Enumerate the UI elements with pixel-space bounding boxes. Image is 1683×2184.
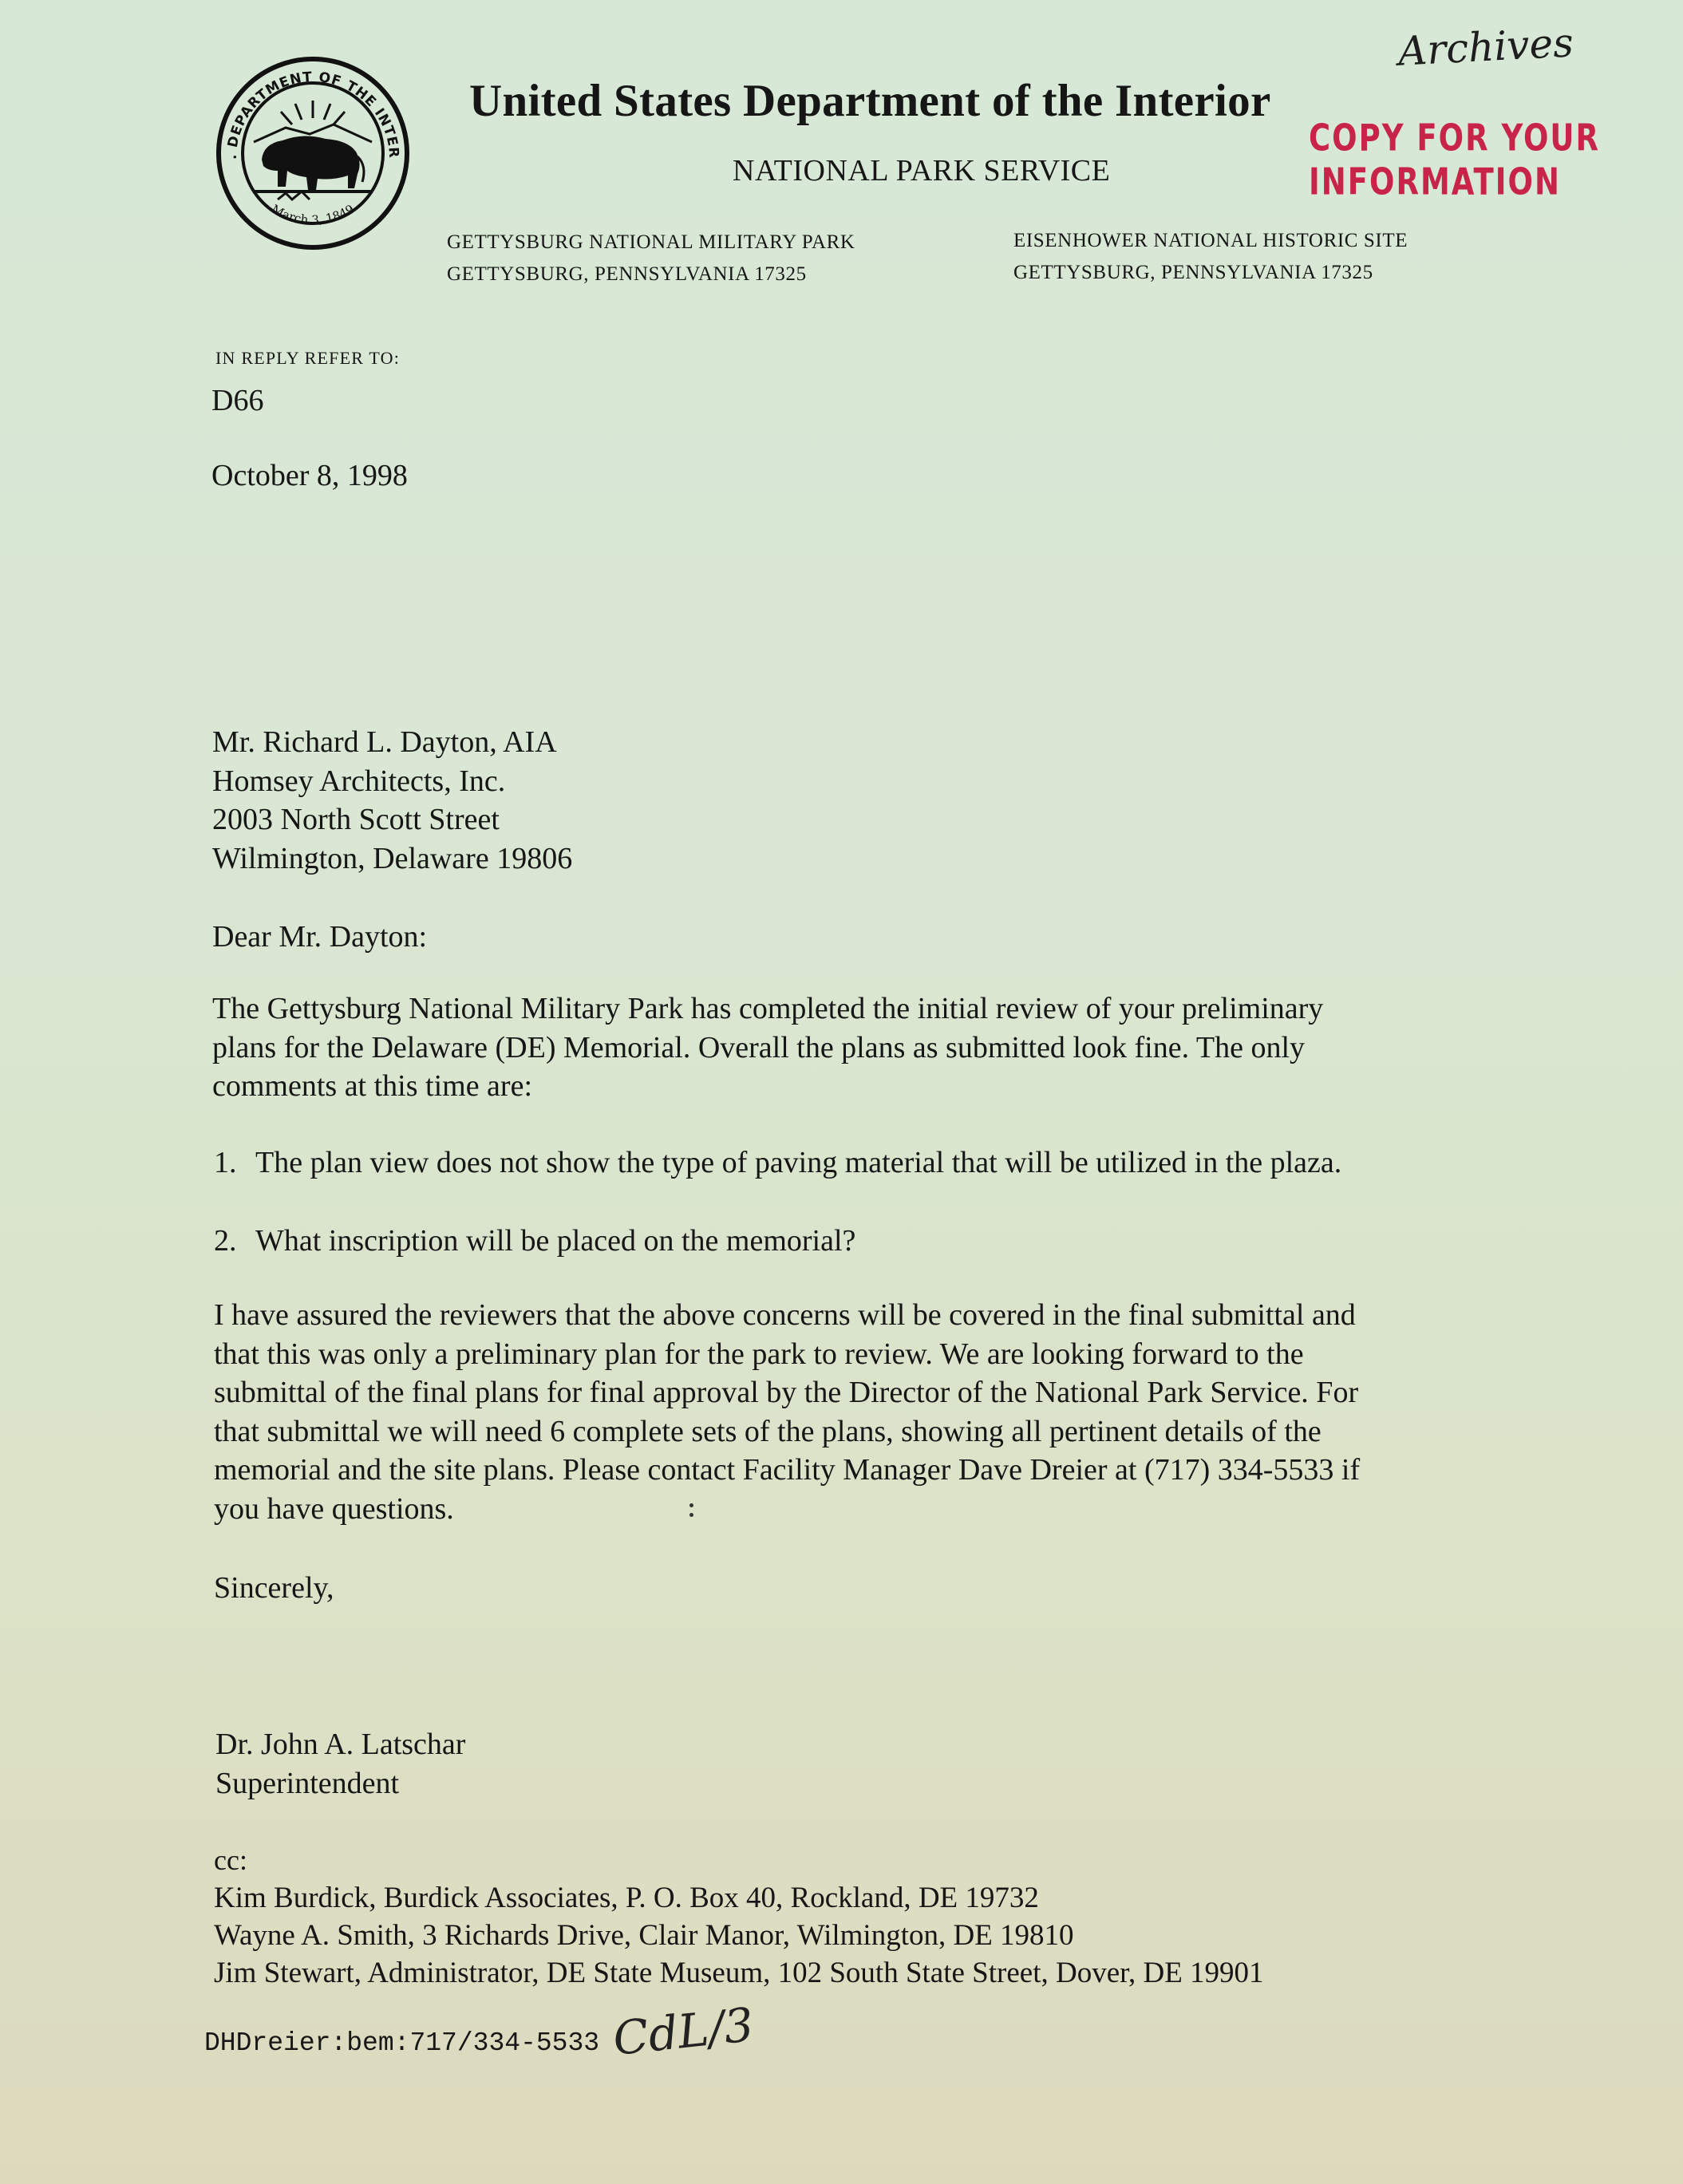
letterhead-address-left: GETTYSBURG NATIONAL MILITARY PARK GETTYS… bbox=[447, 227, 855, 290]
svg-text:March 3, 1849: March 3, 1849 bbox=[269, 202, 357, 227]
signature-block: Dr. John A. Latschar Superintendent bbox=[215, 1725, 465, 1803]
comment-item: 1.The plan view does not show the type o… bbox=[214, 1143, 1341, 1183]
recipient-line: Homsey Architects, Inc. bbox=[212, 762, 572, 801]
handwritten-archives-note: Archives bbox=[1397, 19, 1574, 74]
body-paragraph-1: The Gettysburg National Military Park ha… bbox=[212, 989, 1323, 1106]
paragraph-line: submittal of the final plans for final a… bbox=[214, 1373, 1360, 1412]
address-line: EISENHOWER NATIONAL HISTORIC SITE bbox=[1013, 225, 1408, 257]
paper-speck bbox=[689, 1513, 693, 1517]
letter-date: October 8, 1998 bbox=[211, 458, 408, 493]
address-line: GETTYSBURG NATIONAL MILITARY PARK bbox=[447, 227, 855, 259]
signer-name: Dr. John A. Latschar bbox=[215, 1725, 465, 1764]
reply-reference-label: IN REPLY REFER TO: bbox=[215, 348, 400, 369]
address-line: GETTYSBURG, PENNSYLVANIA 17325 bbox=[1013, 257, 1408, 289]
recipient-line: Mr. Richard L. Dayton, AIA bbox=[212, 723, 572, 762]
salutation: Dear Mr. Dayton: bbox=[212, 918, 427, 957]
item-text: The plan view does not show the type of … bbox=[255, 1146, 1341, 1179]
item-number: 1. bbox=[214, 1143, 255, 1183]
paragraph-line: I have assured the reviewers that the ab… bbox=[214, 1296, 1360, 1335]
letterhead-title: United States Department of the Interior bbox=[469, 75, 1271, 127]
body-paragraph-2: I have assured the reviewers that the ab… bbox=[214, 1296, 1360, 1528]
letterhead-subtitle: NATIONAL PARK SERVICE bbox=[733, 153, 1110, 188]
paper-speck bbox=[689, 1503, 693, 1507]
cc-recipient: Wayne A. Smith, 3 Richards Drive, Clair … bbox=[214, 1917, 1264, 1954]
address-line: GETTYSBURG, PENNSYLVANIA 17325 bbox=[447, 259, 855, 290]
doi-seal: U.S. DEPARTMENT OF THE INTERIOR March 3,… bbox=[214, 54, 412, 252]
stamp-line: INFORMATION bbox=[1309, 160, 1556, 204]
signer-title: Superintendent bbox=[215, 1764, 465, 1803]
paragraph-line: memorial and the site plans. Please cont… bbox=[214, 1451, 1360, 1490]
typist-reference: DHDreier:bem:717/334-5533 bbox=[204, 2028, 599, 2058]
copy-for-information-stamp: COPY FOR YOUR INFORMATION bbox=[1309, 117, 1556, 204]
closing: Sincerely, bbox=[214, 1569, 334, 1608]
bison-emblem-icon: U.S. DEPARTMENT OF THE INTERIOR March 3,… bbox=[214, 54, 412, 252]
comment-item: 2.What inscription will be placed on the… bbox=[214, 1222, 855, 1261]
cc-recipient: Kim Burdick, Burdick Associates, P. O. B… bbox=[214, 1879, 1264, 1917]
cc-label: cc: bbox=[214, 1843, 247, 1877]
paragraph-line: The Gettysburg National Military Park ha… bbox=[212, 989, 1323, 1029]
paragraph-line: that this was only a preliminary plan fo… bbox=[214, 1335, 1360, 1374]
handwritten-initials: CdL/3 bbox=[610, 1997, 757, 2066]
recipient-address: Mr. Richard L. Dayton, AIA Homsey Archit… bbox=[212, 723, 572, 878]
cc-recipients: Kim Burdick, Burdick Associates, P. O. B… bbox=[214, 1879, 1264, 1992]
recipient-line: Wilmington, Delaware 19806 bbox=[212, 839, 572, 879]
item-number: 2. bbox=[214, 1222, 255, 1261]
paragraph-line: that submittal we will need 6 complete s… bbox=[214, 1412, 1360, 1451]
recipient-line: 2003 North Scott Street bbox=[212, 800, 572, 839]
letterhead-address-right: EISENHOWER NATIONAL HISTORIC SITE GETTYS… bbox=[1013, 225, 1408, 289]
reply-reference-code: D66 bbox=[211, 383, 263, 418]
item-text: What inscription will be placed on the m… bbox=[255, 1224, 855, 1258]
cc-recipient: Jim Stewart, Administrator, DE State Mus… bbox=[214, 1954, 1264, 1992]
paragraph-line: plans for the Delaware (DE) Memorial. Ov… bbox=[212, 1029, 1323, 1068]
stamp-line: COPY FOR YOUR bbox=[1309, 117, 1556, 160]
paragraph-line: comments at this time are: bbox=[212, 1067, 1323, 1106]
paragraph-line: you have questions. bbox=[214, 1490, 1360, 1529]
